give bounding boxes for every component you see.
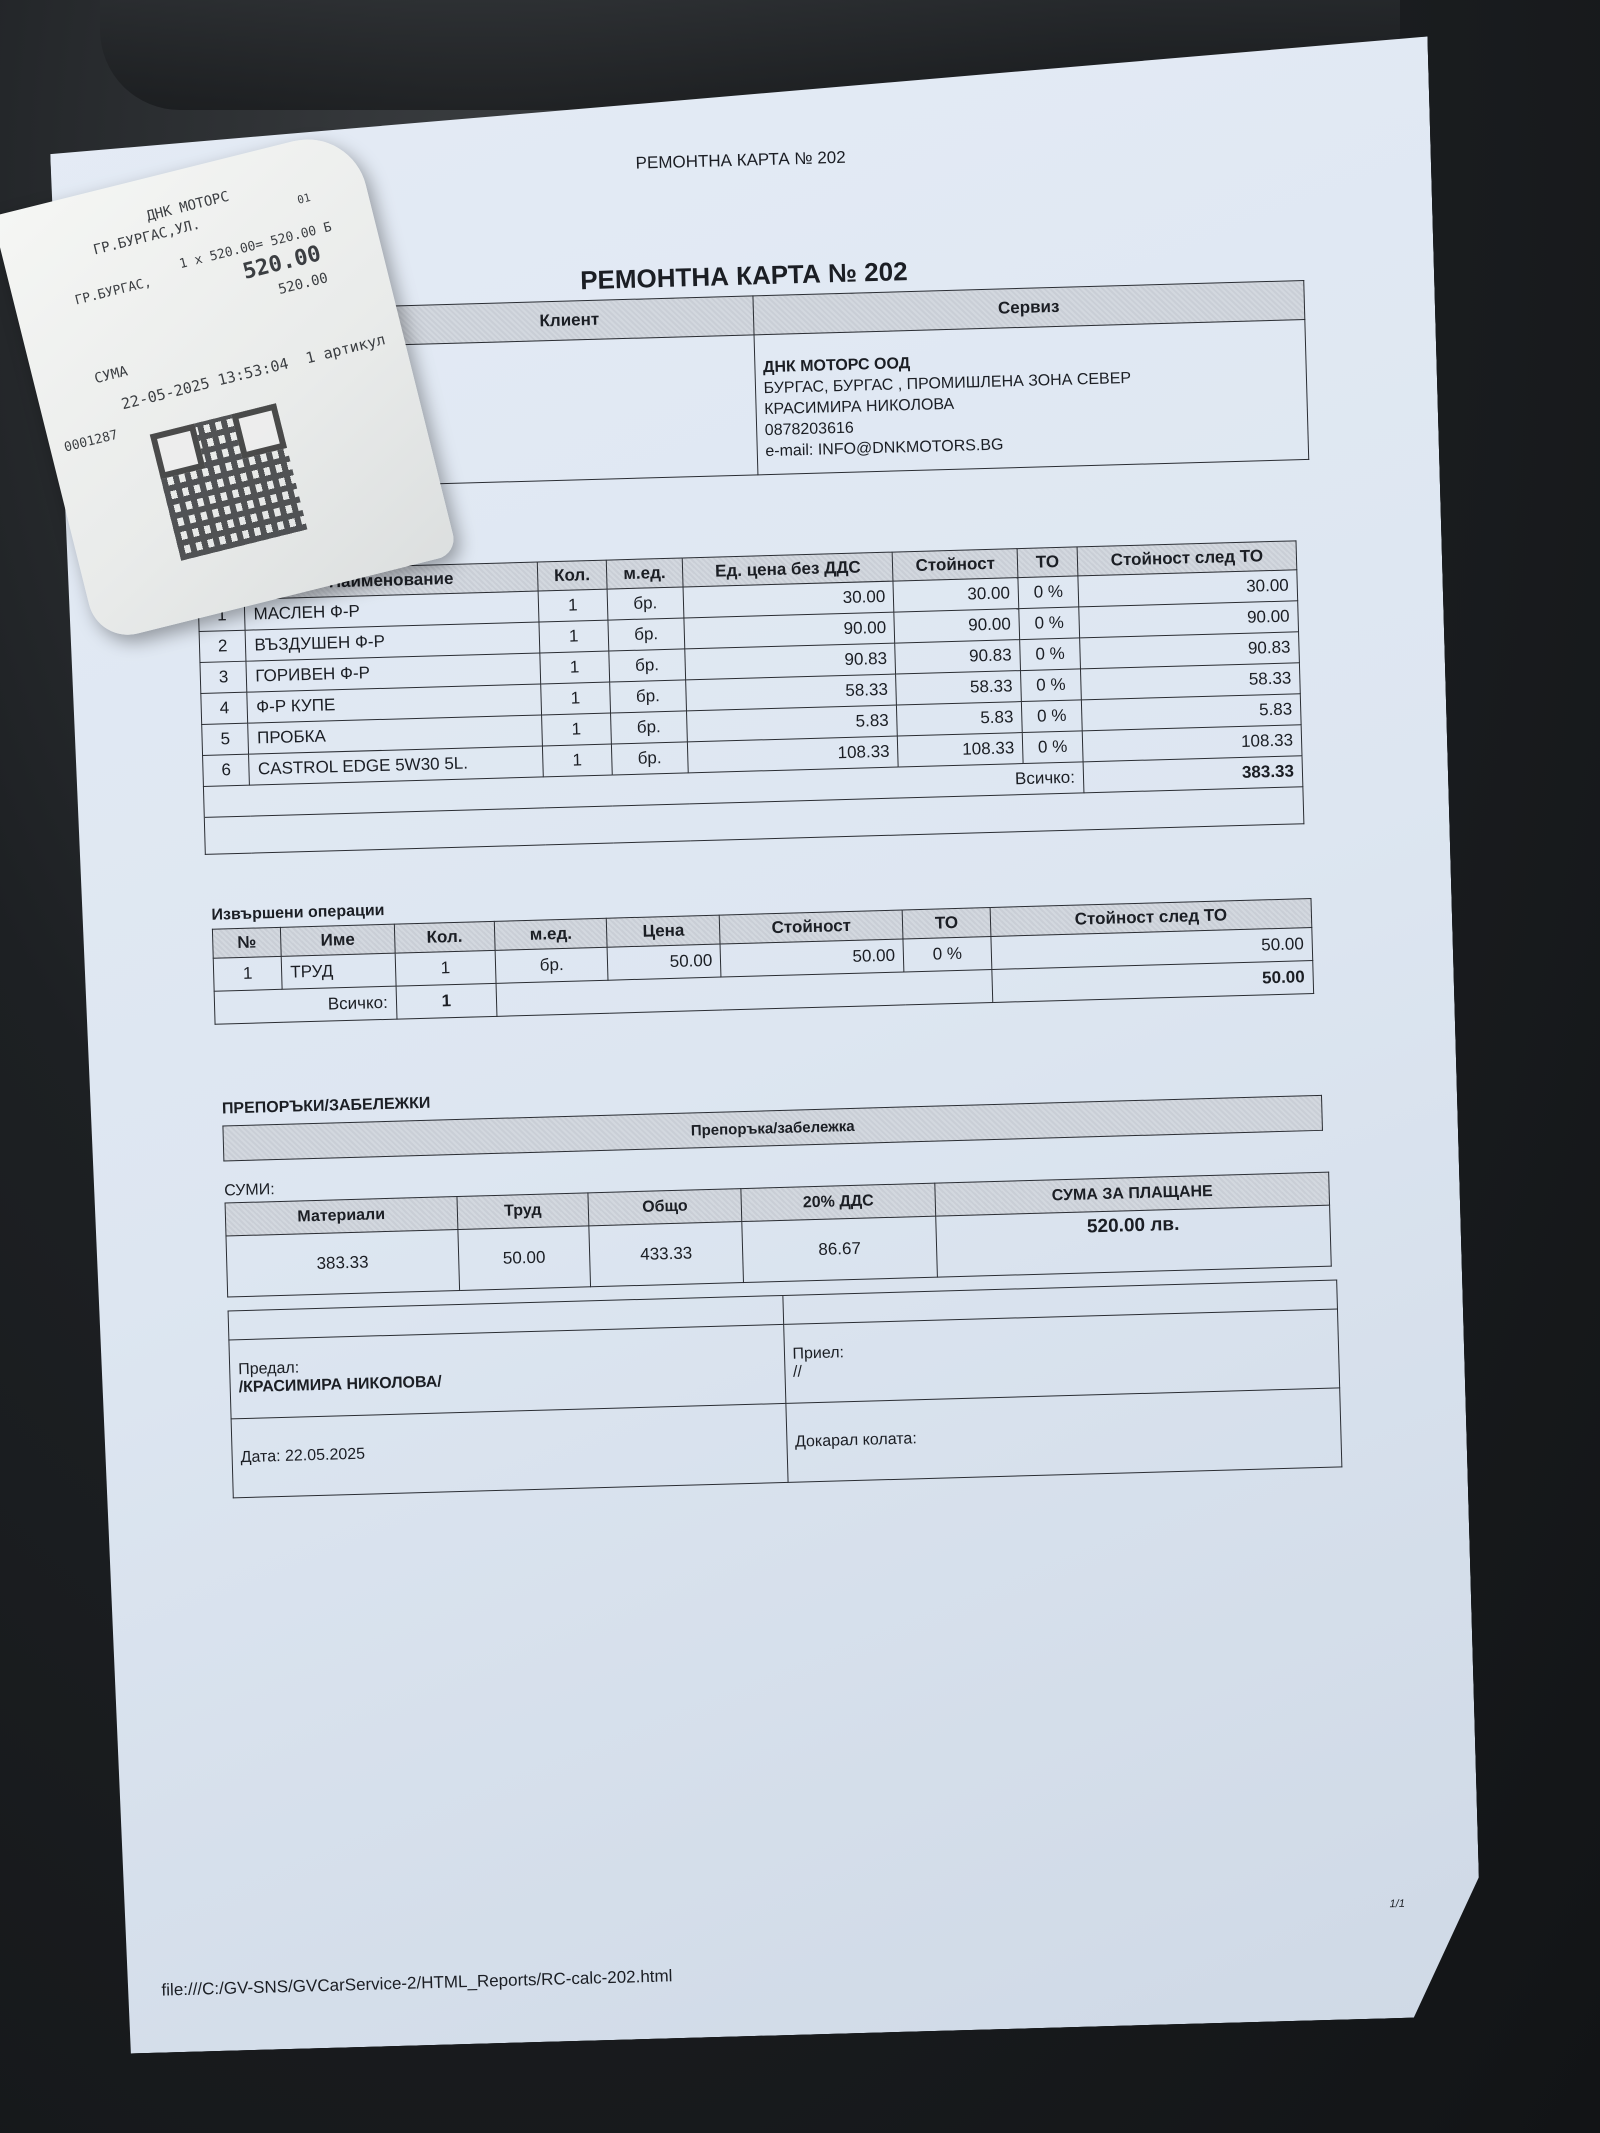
part-discount: 0 % (1022, 731, 1083, 764)
part-qty: 1 (543, 744, 612, 777)
service-phone: 0878203616 (765, 420, 854, 439)
row-number: 3 (200, 661, 247, 693)
part-value: 58.33 (896, 671, 1022, 705)
part-discount: 0 % (1020, 638, 1081, 671)
page-number: 1/1 (1389, 1898, 1405, 1910)
ops-col-header: м.ед. (494, 918, 607, 950)
received-label: Приел: (792, 1344, 844, 1362)
part-unit: бр. (607, 618, 684, 651)
part-qty: 1 (541, 682, 610, 715)
row-number: 6 (203, 754, 250, 786)
row-number: 2 (199, 630, 246, 662)
part-value: 30.00 (893, 578, 1019, 612)
service-info: ДНК МОТОРС ООД БУРГАС, БУРГАС , ПРОМИШЛЕ… (754, 320, 1309, 475)
ops-col-header: Име (281, 924, 395, 956)
parts-col-header: Кол. (537, 560, 606, 591)
receipt-sum-label: СУМА (93, 363, 130, 387)
ops-col-header: Цена (607, 915, 721, 947)
part-unit: бр. (608, 649, 685, 682)
service-email: e-mail: INFO@DNKMOTORS.BG (765, 436, 1004, 460)
part-value: 5.83 (897, 702, 1023, 736)
footer-file-path: file:///C:/GV-SNS/GVCarService-2/HTML_Re… (161, 1966, 672, 2000)
client-service-table: Клиент Сервиз ДНК МОТОРС ООД БУРГАС, БУР… (385, 280, 1310, 486)
part-qty: 1 (542, 713, 611, 746)
row-number: 4 (201, 692, 248, 724)
sums-table: МатериалиТрудОбщо20% ДДССУМА ЗА ПЛАЩАНЕ … (225, 1172, 1332, 1298)
op-value: 50.00 (720, 939, 904, 977)
receipt-address-2: ГР.БУРГАС, (73, 275, 153, 308)
op-qty: 1 (395, 950, 496, 986)
date-cell: Дата: 22.05.2025 (231, 1403, 787, 1497)
sums-col-header: 20% ДДС (741, 1183, 936, 1221)
ops-col-header: Кол. (394, 921, 495, 953)
row-number: 5 (202, 723, 249, 755)
ops-total-qty: 1 (396, 983, 497, 1019)
part-value: 90.83 (895, 640, 1021, 674)
parts-col-header: ТО (1017, 547, 1078, 578)
op-discount: 0 % (903, 937, 992, 972)
qr-code-icon (150, 403, 308, 561)
handed-over-label: Предал: (238, 1359, 299, 1378)
sums-col-header: Общо (588, 1189, 741, 1226)
part-value: 90.00 (894, 609, 1020, 643)
part-discount: 0 % (1019, 607, 1080, 640)
receipt-code: 01 (296, 191, 312, 207)
sum-value: 383.33 (226, 1230, 459, 1297)
row-number: 1 (213, 956, 282, 991)
part-unit: бр. (609, 680, 686, 713)
part-value: 108.33 (898, 733, 1024, 767)
part-unit: бр. (611, 742, 688, 775)
part-discount: 0 % (1021, 700, 1082, 733)
ops-section-label: Извършени операции (211, 902, 384, 925)
ops-total-label: Всичко: (214, 986, 397, 1024)
op-price: 50.00 (607, 944, 721, 980)
ops-col-header: № (212, 927, 281, 958)
parts-col-header: м.ед. (606, 558, 683, 589)
client-cell (386, 335, 757, 485)
sum-value: 433.33 (589, 1222, 743, 1287)
signature-table: Предал: /КРАСИМИРА НИКОЛОВА/ Приел: // Д… (228, 1279, 1343, 1498)
receipt-number: 0001287 (63, 428, 120, 456)
part-discount: 0 % (1018, 576, 1079, 609)
service-company: ДНК МОТОРС ООД (763, 355, 911, 376)
sums-col-header: Труд (457, 1193, 590, 1230)
sums-label: СУМИ: (224, 1181, 275, 1200)
sum-value: 86.67 (742, 1216, 938, 1282)
received-name: // (793, 1363, 802, 1380)
receipt-articles: 1 артикул (304, 330, 387, 367)
received-cell: Приел: // (783, 1309, 1339, 1403)
sum-value: 50.00 (457, 1226, 590, 1291)
amount-due: 520.00 лв. (936, 1205, 1331, 1277)
op-unit: бр. (495, 947, 608, 983)
part-qty: 1 (538, 589, 607, 622)
part-qty: 1 (540, 651, 609, 684)
brought-car-cell: Докарал колата: (785, 1388, 1341, 1482)
parts-table: №НаименованиеКол.м.ед.Ед. цена без ДДССт… (197, 540, 1305, 855)
ops-col-header: ТО (902, 908, 991, 939)
notes-section-label: ПРЕПОРЪКИ/ЗАБЕЛЕЖКИ (222, 1095, 431, 1119)
receipt-address-1: ГР.БУРГАС,УЛ. (92, 217, 202, 259)
service-contact: КРАСИМИРА НИКОЛОВА (764, 396, 954, 418)
parts-col-header: Стойност (893, 549, 1018, 581)
receipt-datetime: 22-05-2025 13:53:04 (119, 354, 290, 413)
op-name: ТРУД (281, 953, 395, 989)
part-qty: 1 (539, 620, 608, 653)
part-unit: бр. (610, 711, 687, 744)
parts-body: 1МАСЛЕН Ф-Р1бр.30.0030.000 %30.002ВЪЗДУШ… (198, 570, 1304, 855)
part-discount: 0 % (1021, 669, 1082, 702)
part-unit: бр. (607, 587, 684, 620)
